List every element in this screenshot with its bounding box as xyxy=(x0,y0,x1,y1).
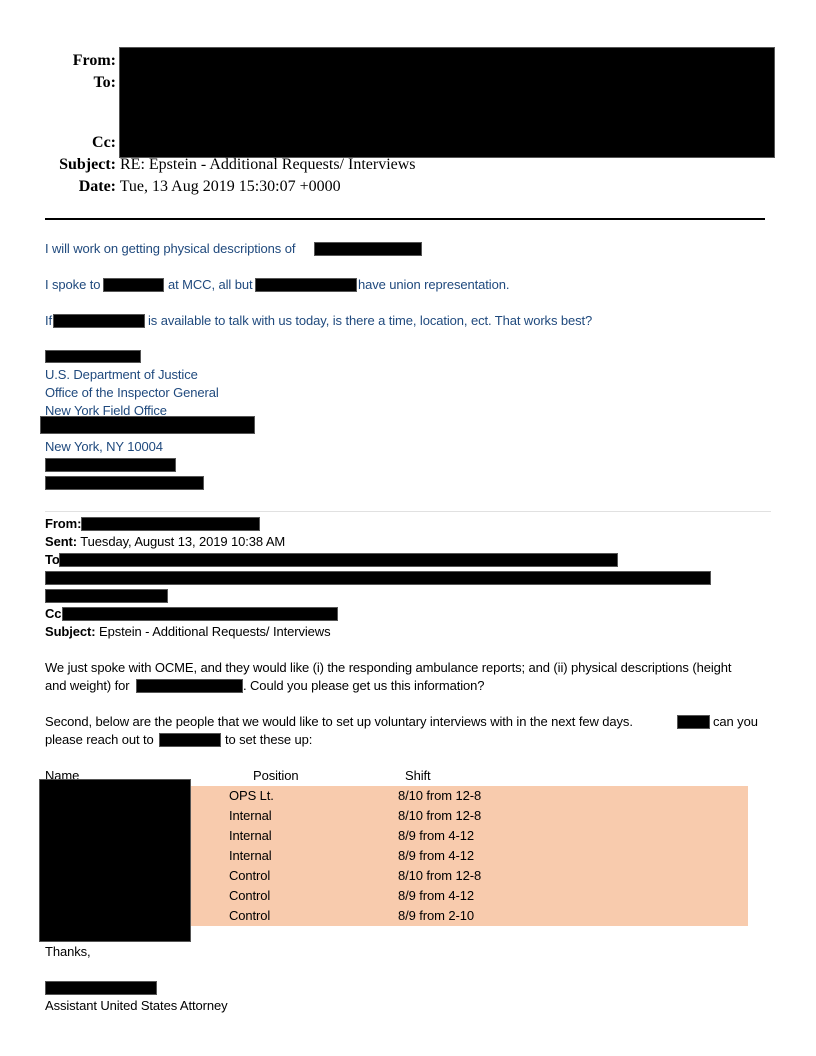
signature-org-1: U.S. Department of Justice xyxy=(45,367,198,382)
reply-line-2c: have union representation. xyxy=(358,277,509,292)
table-cell-shift: 8/9 from 4-12 xyxy=(398,888,474,903)
table-cell-shift: 8/9 from 4-12 xyxy=(398,828,474,843)
table-cell-position: OPS Lt. xyxy=(229,788,274,803)
original-to-label: To xyxy=(45,552,60,567)
table-cell-shift: 8/10 from 12-8 xyxy=(398,788,481,803)
para2-line1a: Second, below are the people that we wou… xyxy=(45,714,633,729)
original-subject-label: Subject: xyxy=(45,624,95,639)
table-cell-shift: 8/10 from 12-8 xyxy=(398,808,481,823)
date-value: Tue, 13 Aug 2019 15:30:07 +0000 xyxy=(120,178,341,195)
para2-line2a: please reach out to xyxy=(45,732,154,747)
table-cell-shift: 8/9 from 2-10 xyxy=(398,908,474,923)
table-cell-position: Internal xyxy=(229,828,272,843)
original-from-label: From: xyxy=(45,516,81,531)
date-line: Date: Tue, 13 Aug 2019 15:30:07 +0000 xyxy=(40,178,341,196)
cc-label: Cc: xyxy=(40,134,116,152)
table-cell-position: Control xyxy=(229,908,270,923)
redaction xyxy=(159,733,221,747)
para2-line1b: can you xyxy=(713,714,758,729)
table-header-shift: Shift xyxy=(405,768,431,783)
reply-line-2a: I spoke to xyxy=(45,277,100,292)
redaction xyxy=(314,242,422,256)
reply-line-1: I will work on getting physical descript… xyxy=(45,241,295,256)
original-subject-value: Epstein - Additional Requests/ Interview… xyxy=(99,624,330,639)
para1-line2b: . Could you please get us this informati… xyxy=(243,678,484,693)
redaction xyxy=(59,553,618,567)
sender-name-redaction xyxy=(45,981,157,995)
header-divider xyxy=(45,218,765,220)
signature-city: New York, NY 10004 xyxy=(45,439,163,454)
date-label: Date: xyxy=(40,178,116,196)
sender-title: Assistant United States Attorney xyxy=(45,998,228,1013)
closing: Thanks, xyxy=(45,944,91,959)
para1-line2a: and weight) for xyxy=(45,678,130,693)
table-cell-position: Internal xyxy=(229,808,272,823)
original-subject: Subject: Epstein - Additional Requests/ … xyxy=(45,624,330,639)
redaction xyxy=(45,589,168,603)
table-cell-position: Internal xyxy=(229,848,272,863)
signature-address-redaction xyxy=(40,416,255,434)
subject-line: Subject: RE: Epstein - Additional Reques… xyxy=(40,156,416,174)
redaction xyxy=(255,278,357,292)
table-cell-position: Control xyxy=(229,888,270,903)
redaction xyxy=(62,607,338,621)
original-to: To xyxy=(45,552,60,567)
original-from: From: xyxy=(45,516,81,531)
table-cell-shift: 8/9 from 4-12 xyxy=(398,848,474,863)
redaction xyxy=(677,715,710,729)
signature-org-2: Office of the Inspector General xyxy=(45,385,219,400)
signature-phone-redaction xyxy=(45,458,176,472)
subject-label: Subject: xyxy=(40,156,116,174)
original-sent-label: Sent: xyxy=(45,534,77,549)
table-cell-shift: 8/10 from 12-8 xyxy=(398,868,481,883)
redaction xyxy=(103,278,164,292)
signature-email-redaction xyxy=(45,476,204,490)
original-message-divider xyxy=(45,511,771,512)
to-label: To: xyxy=(40,74,116,92)
para2-line2b: to set these up: xyxy=(225,732,312,747)
redaction xyxy=(45,571,711,585)
header-recipients-redaction xyxy=(119,47,775,158)
subject-value: RE: Epstein - Additional Requests/ Inter… xyxy=(120,156,416,173)
redaction xyxy=(81,517,260,531)
table-cell-position: Control xyxy=(229,868,270,883)
reply-line-3a: If xyxy=(45,313,52,328)
reply-line-3b: is available to talk with us today, is t… xyxy=(148,313,592,328)
original-sent: Sent: Tuesday, August 13, 2019 10:38 AM xyxy=(45,534,285,549)
table-header-position: Position xyxy=(253,768,298,783)
reply-line-2b: at MCC, all but xyxy=(168,277,252,292)
redaction xyxy=(53,314,145,328)
original-sent-value: Tuesday, August 13, 2019 10:38 AM xyxy=(80,534,285,549)
signature-name-redaction xyxy=(45,350,141,363)
redaction xyxy=(136,679,243,693)
from-label: From: xyxy=(40,52,116,70)
para1-line1: We just spoke with OCME, and they would … xyxy=(45,660,731,675)
name-column-redaction xyxy=(39,779,191,942)
